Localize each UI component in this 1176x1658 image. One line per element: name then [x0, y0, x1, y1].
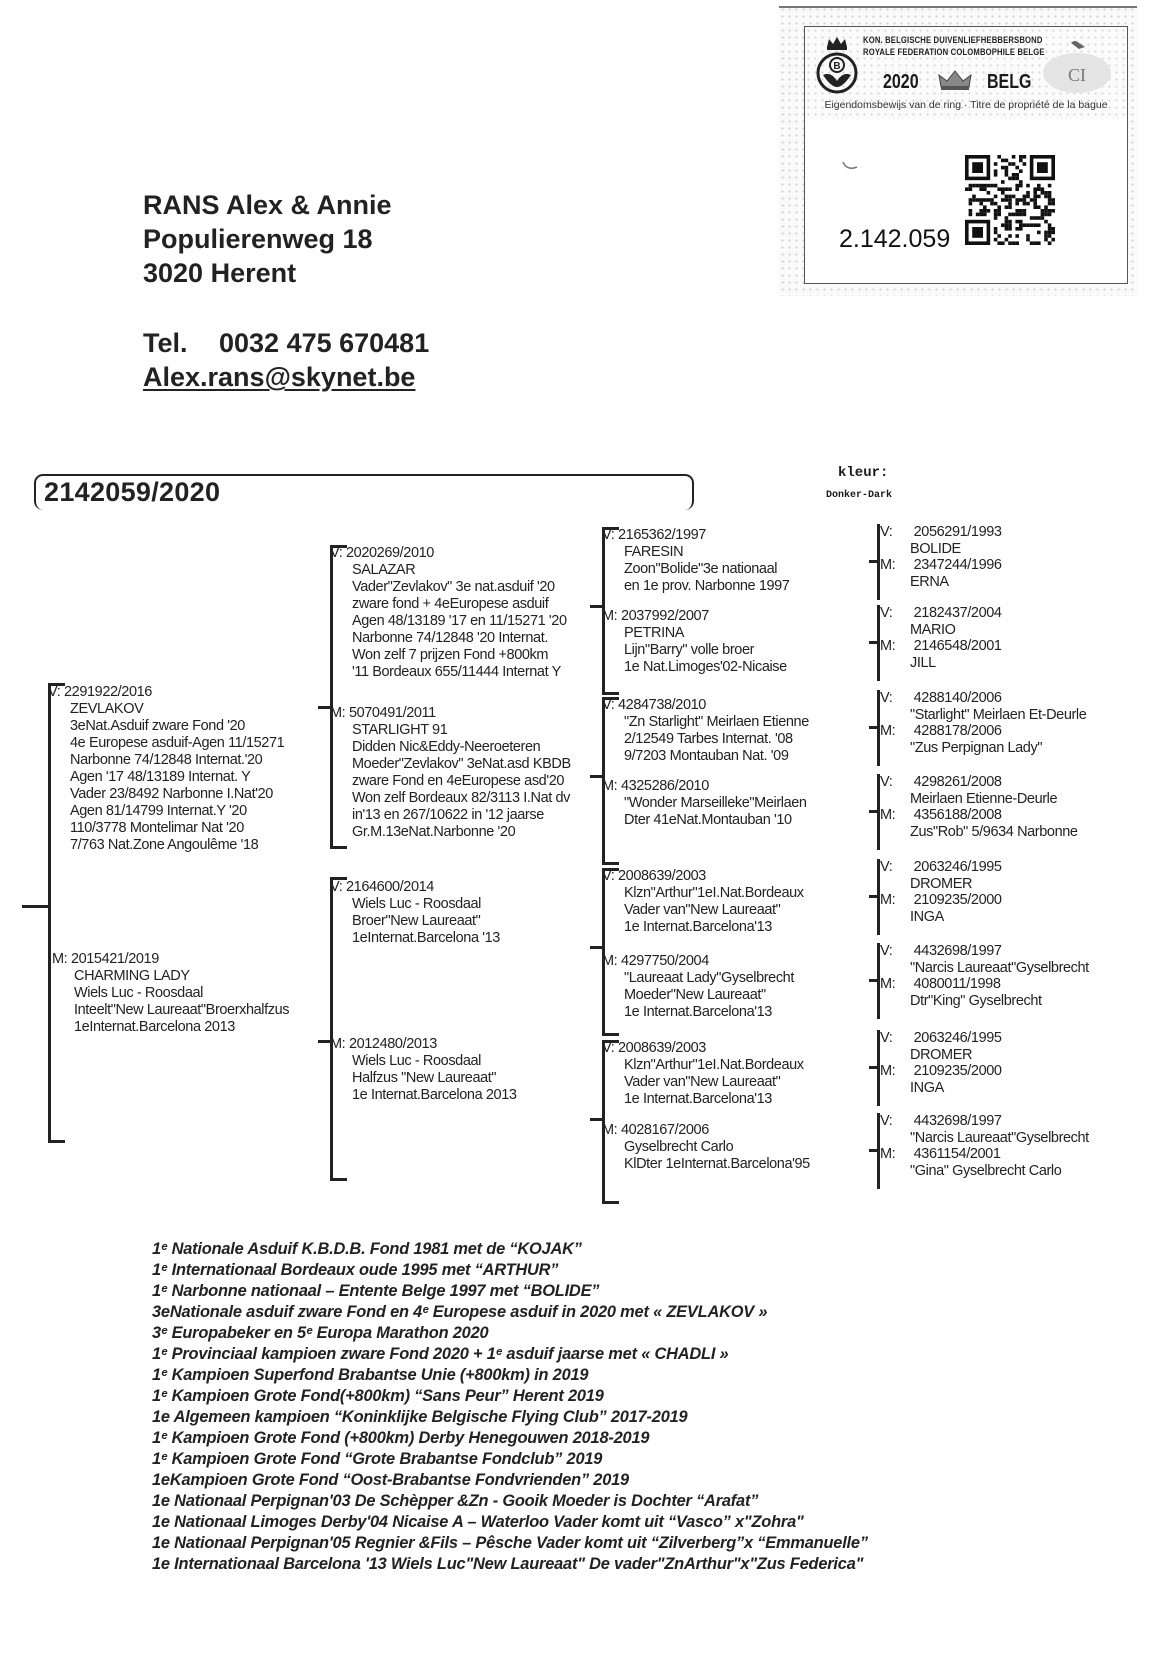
gen4-sire-entry: V: 2182437/2004MARIO [880, 605, 1002, 639]
ring-number: 2063246/1995 [910, 1030, 1002, 1046]
svg-text:B: B [833, 61, 840, 72]
achievement-item: 1ᵉ Kampioen Grote Fond(+800km) “Sans Peu… [152, 1386, 868, 1407]
gen3-dam-entry: M: 2037992/2007PETRINALijn"Barry" volle … [602, 608, 787, 676]
role-label: M: [52, 951, 67, 968]
role-label: V: [48, 684, 60, 701]
achievements-list: 1ᵉ Nationale Asduif K.B.D.B. Fond 1981 m… [152, 1239, 868, 1575]
tick-gen4 [869, 1066, 879, 1069]
gen4-dam-entry: M: 2109235/2000INGA [880, 892, 1002, 926]
entry-line: "Gina" Gyselbrecht Carlo [880, 1163, 1061, 1180]
certificate-country: BELG [987, 71, 1031, 94]
svg-text:CI: CI [1068, 65, 1086, 85]
role-label: M: [330, 705, 345, 722]
qr-code [965, 155, 1055, 245]
tick-gen3 [590, 1118, 604, 1121]
ring-number: 4288140/2006 [910, 690, 1002, 706]
ring-number: 2037992/2007 [617, 608, 709, 624]
entry-line: 1e Internat.Barcelona'13 [602, 1004, 794, 1021]
achievement-item: 1ᵉ Kampioen Grote Fond “Grote Brabantse … [152, 1449, 868, 1470]
entry-line: Broer"New Laureaat" [330, 913, 500, 930]
role-label: M: [880, 976, 910, 993]
tick-gen4 [869, 979, 879, 982]
achievement-item: 1ᵉ Nationale Asduif K.B.D.B. Fond 1981 m… [152, 1239, 868, 1260]
entry-line: zware Fond en 4eEuropese asd'20 [330, 773, 571, 790]
entry-line: Wiels Luc - Roosdaal [330, 1053, 517, 1070]
entry-line: Klzn"Arthur"1eI.Nat.Bordeaux [602, 885, 804, 902]
achievement-item: 1ᵉ Narbonne nationaal – Entente Belge 19… [152, 1281, 868, 1302]
crown-icon [937, 69, 973, 91]
entry-line: Vader 23/8492 Narbonne I.Nat'20 [48, 786, 284, 803]
entry-line: 1e Internat.Barcelona'13 [602, 919, 804, 936]
tel-number: 0032 475 670481 [219, 328, 429, 358]
entry-line: MARIO [880, 622, 1002, 639]
entry-line: "Wonder Marseilleke"Meirlaen [602, 795, 807, 812]
ring-number: 2182437/2004 [910, 605, 1002, 621]
org-name-fr: ROYALE FEDERATION COLOMBOPHILE BELGE [863, 47, 1033, 57]
entry-line: Wiels Luc - Roosdaal [330, 896, 500, 913]
role-label: V: [880, 605, 910, 622]
entry-line: "Laureaat Lady"Gyselbrecht [602, 970, 794, 987]
entry-line: Didden Nic&Eddy-Neeroeteren [330, 739, 571, 756]
entry-line: Won zelf Bordeaux 82/3113 I.Nat dv [330, 790, 571, 807]
entry-line: Dtr"King" Gyselbrecht [880, 993, 1042, 1010]
ring-number: 4356188/2008 [910, 807, 1002, 823]
entry-line: 1eInternat.Barcelona 2013 [52, 1019, 289, 1036]
ring-number: 2015421/2019 [67, 951, 159, 967]
color-value: Donker-Dark [826, 490, 892, 501]
gen4-dam-entry: M: 2109235/2000INGA [880, 1063, 1002, 1097]
entry-line: Moeder"Zevlakov" 3eNat.asd KBDB [330, 756, 571, 773]
gen4-dam-entry: M: 4080011/1998Dtr"King" Gyselbrecht [880, 976, 1042, 1010]
entry-line: BOLIDE [880, 541, 1002, 558]
certificate-year: 2020 [883, 71, 919, 94]
tick-gen4 [869, 726, 879, 729]
role-label: V: [602, 527, 614, 544]
entry-line: INGA [880, 1080, 1002, 1097]
role-label: V: [880, 1113, 910, 1130]
gen4-dam-entry: M: 4356188/2008Zus"Rob" 5/9634 Narbonne [880, 807, 1078, 841]
role-label: M: [880, 638, 910, 655]
entry-line: Gr.M.13eNat.Narbonne '20 [330, 824, 571, 841]
tick-gen3 [590, 946, 604, 949]
entry-line: Halfzus "New Laureaat" [330, 1070, 517, 1087]
certificate-ring-number: 2.142.059 [839, 225, 950, 254]
entry-line: PETRINA [602, 625, 787, 642]
entry-line: 110/3778 Montelimar Nat '20 [48, 820, 284, 837]
owner-address: RANS Alex & Annie Populierenweg 18 3020 … [143, 188, 392, 290]
entry-line: "Zus Perpignan Lady" [880, 740, 1042, 757]
entry-line: Meirlaen Etienne-Deurle [880, 791, 1057, 808]
gen4-dam-entry: M: 4288178/2006"Zus Perpignan Lady" [880, 723, 1042, 757]
owner-street: Populierenweg 18 [143, 222, 392, 256]
achievement-item: 1e Algemeen kampioen “Koninklijke Belgis… [152, 1407, 868, 1428]
ring-number: 2146548/2001 [910, 638, 1002, 654]
role-label: V: [330, 879, 342, 896]
entry-line: Narbonne 74/12848 Internat.'20 [48, 752, 284, 769]
entry-line: Zoon"Bolide"3e nationaal [602, 561, 789, 578]
entry-line: Wiels Luc - Roosdaal [52, 985, 289, 1002]
owner-contact: Tel.0032 475 670481 Alex.rans@skynet.be [143, 326, 429, 394]
entry-line: en 1e prov. Narbonne 1997 [602, 578, 789, 595]
entry-line: 9/7203 Montauban Nat. '09 [602, 748, 809, 765]
entry-line: 1e Internat.Barcelona 2013 [330, 1087, 517, 1104]
sire-sire-entry: V: 2020269/2010SALAZARVader"Zevlakov" 3e… [330, 545, 567, 681]
fci-logo: CI [1041, 37, 1113, 97]
entry-line: 2/12549 Tarbes Internat. '08 [602, 731, 809, 748]
certificate-header: B KON. BELGISCHE DUIVENLIEFHEBBERSBOND R… [805, 27, 1127, 119]
role-label: V: [880, 690, 910, 707]
org-name-nl: KON. BELGISCHE DUIVENLIEFHEBBERSBOND [863, 35, 1033, 45]
entry-line: Vader van"New Laureaat" [602, 1074, 804, 1091]
gen4-dam-entry: M: 2347244/1996ERNA [880, 557, 1002, 591]
role-label: M: [880, 723, 910, 740]
gen4-sire-entry: V: 2063246/1995DROMER [880, 1030, 1002, 1064]
entry-line: ERNA [880, 574, 1002, 591]
entry-line: Klzn"Arthur"1eI.Nat.Bordeaux [602, 1057, 804, 1074]
gen3-sire-entry: V: 2008639/2003Klzn"Arthur"1eI.Nat.Borde… [602, 1040, 804, 1108]
entry-line: Gyselbrecht Carlo [602, 1139, 810, 1156]
sire-entry: V: 2291922/2016ZEVLAKOV3eNat.Asduif zwar… [48, 684, 284, 854]
entry-line: STARLIGHT 91 [330, 722, 571, 739]
entry-line: JILL [880, 655, 1002, 672]
role-label: M: [602, 608, 617, 625]
achievement-item: 1ᵉ Provinciaal kampioen zware Fond 2020 … [152, 1344, 868, 1365]
ring-number: 2008639/2003 [614, 1040, 706, 1056]
role-label: M: [880, 807, 910, 824]
role-label: M: [602, 953, 617, 970]
entry-line: Vader"Zevlakov" 3e nat.asduif '20 [330, 579, 567, 596]
gen4-dam-entry: M: 2146548/2001JILL [880, 638, 1002, 672]
dam-entry: M: 2015421/2019CHARMING LADYWiels Luc - … [52, 951, 289, 1036]
owner-city: 3020 Herent [143, 256, 392, 290]
gen3-dam-entry: M: 4297750/2004"Laureaat Lady"Gyselbrech… [602, 953, 794, 1021]
ring-number: 2165362/1997 [614, 527, 706, 543]
achievement-item: 1e Nationaal Perpignan'05 Regnier &Fils … [152, 1533, 868, 1554]
kbdb-logo: B [815, 35, 859, 95]
ring-number: 4361154/2001 [910, 1146, 1001, 1162]
gen4-sire-entry: V: 4288140/2006"Starlight" Meirlaen Et-D… [880, 690, 1086, 724]
gen4-dam-entry: M: 4361154/2001"Gina" Gyselbrecht Carlo [880, 1146, 1061, 1180]
achievement-item: 1eKampioen Grote Fond “Oost-Brabantse Fo… [152, 1470, 868, 1491]
ring-number: 2020269/2010 [342, 545, 434, 561]
achievement-item: 3ᵉ Europabeker en 5ᵉ Europa Marathon 202… [152, 1323, 868, 1344]
entry-line: Lijn"Barry" volle broer [602, 642, 787, 659]
entry-line: "Starlight" Meirlaen Et-Deurle [880, 707, 1086, 724]
entry-line: INGA [880, 909, 1002, 926]
entry-line: 3eNat.Asduif zware Fond '20 [48, 718, 284, 735]
entry-line: Zus"Rob" 5/9634 Narbonne [880, 824, 1078, 841]
entry-line: '11 Bordeaux 655/11444 Internat Y [330, 664, 567, 681]
ring-number: 2164600/2014 [342, 879, 434, 895]
entry-line: FARESIN [602, 544, 789, 561]
role-label: M: [880, 1063, 910, 1080]
achievement-item: 1e Internationaal Barcelona '13 Wiels Lu… [152, 1554, 868, 1575]
role-label: V: [880, 859, 910, 876]
ring-number: 2012480/2013 [345, 1036, 437, 1052]
entry-line: Inteelt"New Laureaat"Broerxhalfzus [52, 1002, 289, 1019]
ring-number: 4297750/2004 [617, 953, 709, 969]
entry-line: CHARMING LADY [52, 968, 289, 985]
ring-number: 4432698/1997 [910, 943, 1002, 959]
tick-gen4 [869, 560, 879, 563]
entry-line: "Zn Starlight" Meirlaen Etienne [602, 714, 809, 731]
ring-number: 4325286/2010 [617, 778, 709, 794]
role-label: M: [880, 1146, 910, 1163]
ring-number: 2008639/2003 [614, 868, 706, 884]
role-label: V: [880, 943, 910, 960]
gen4-sire-entry: V: 4432698/1997"Narcis Laureaat"Gyselbre… [880, 1113, 1089, 1147]
dam-dam-entry: M: 2012480/2013Wiels Luc - RoosdaalHalfz… [330, 1036, 517, 1104]
gen3-sire-entry: V: 2165362/1997FARESINZoon"Bolide"3e nat… [602, 527, 789, 595]
tick-gen4 [869, 810, 879, 813]
entry-line: zware fond + 4eEuropese asduif [330, 596, 567, 613]
entry-line: "Narcis Laureaat"Gyselbrecht [880, 960, 1089, 977]
gen3-sire-entry: V: 4284738/2010"Zn Starlight" Meirlaen E… [602, 697, 809, 765]
tick-gen4 [869, 641, 879, 644]
dam-sire-entry: V: 2164600/2014Wiels Luc - RoosdaalBroer… [330, 879, 500, 947]
certificate-subtitle: Eigendomsbewijs van de ring · Titre de p… [805, 99, 1127, 111]
gen3-dam-entry: M: 4325286/2010"Wonder Marseilleke"Meirl… [602, 778, 807, 829]
entry-line: Agen 48/13189 '17 en 11/15271 '20 [330, 613, 567, 630]
ring-number: 4432698/1997 [910, 1113, 1002, 1129]
ring-number: 5070491/2011 [345, 705, 436, 721]
role-label: M: [880, 892, 910, 909]
ring-number: 4028167/2006 [617, 1122, 709, 1138]
sire-dam-entry: M: 5070491/2011STARLIGHT 91Didden Nic&Ed… [330, 705, 571, 841]
achievement-item: 1e Nationaal Perpignan'03 De Schèpper &Z… [152, 1491, 868, 1512]
achievement-item: 1ᵉ Internationaal Bordeaux oude 1995 met… [152, 1260, 868, 1281]
ring-number: 2347244/1996 [910, 557, 1002, 573]
ring-number: 2056291/1993 [910, 524, 1002, 540]
entry-line: KlDter 1eInternat.Barcelona'95 [602, 1156, 810, 1173]
entry-line: DROMER [880, 1047, 1002, 1064]
achievement-item: 3eNationale asduif zware Fond en 4ᵉ Euro… [152, 1302, 868, 1323]
entry-line: 4e Europese asduif-Agen 11/15271 [48, 735, 284, 752]
entry-line: Vader van"New Laureaat" [602, 902, 804, 919]
entry-line: Agen '17 48/13189 Internat. Y [48, 769, 284, 786]
ring-number: 2109235/2000 [910, 892, 1002, 908]
ring-number: 4288178/2006 [910, 723, 1002, 739]
gen4-sire-entry: V: 2056291/1993BOLIDE [880, 524, 1002, 558]
role-label: M: [330, 1036, 345, 1053]
entry-line: Agen 81/14799 Internat.Y '20 [48, 803, 284, 820]
entry-line: in'13 en 267/10622 in '12 jaarse [330, 807, 571, 824]
tick-gen4 [869, 895, 879, 898]
tick-gen1 [22, 905, 48, 908]
role-label: V: [602, 868, 614, 885]
entry-line: SALAZAR [330, 562, 567, 579]
ring-number: 4298261/2008 [910, 774, 1002, 790]
role-label: V: [880, 524, 910, 541]
achievement-item: 1e Nationaal Limoges Derby'04 Nicaise A … [152, 1512, 868, 1533]
entry-line: Won zelf 7 prijzen Fond +800km [330, 647, 567, 664]
punch-mark [841, 159, 861, 173]
ring-number: 2063246/1995 [910, 859, 1002, 875]
entry-line: 7/763 Nat.Zone Angoulême '18 [48, 837, 284, 854]
gen4-sire-entry: V: 2063246/1995DROMER [880, 859, 1002, 893]
ring-number: 2109235/2000 [910, 1063, 1002, 1079]
entry-line: 1e Internat.Barcelona'13 [602, 1091, 804, 1108]
gen4-sire-entry: V: 4298261/2008Meirlaen Etienne-Deurle [880, 774, 1057, 808]
role-label: V: [330, 545, 342, 562]
entry-line: 1e Nat.Limoges'02-Nicaise [602, 659, 787, 676]
role-label: M: [880, 557, 910, 574]
achievement-item: 1ᵉ Kampioen Grote Fond (+800km) Derby He… [152, 1428, 868, 1449]
entry-line: Dter 41eNat.Montauban '10 [602, 812, 807, 829]
ring-number: 2291922/2016 [60, 684, 152, 700]
pigeon-ring-number: 2142059/2020 [44, 477, 220, 508]
entry-line: "Narcis Laureaat"Gyselbrecht [880, 1130, 1089, 1147]
role-label: V: [880, 774, 910, 791]
entry-line: Moeder"New Laureaat" [602, 987, 794, 1004]
ring-number: 4284738/2010 [614, 697, 706, 713]
role-label: M: [602, 778, 617, 795]
role-label: V: [602, 1040, 614, 1057]
gen4-sire-entry: V: 4432698/1997"Narcis Laureaat"Gyselbre… [880, 943, 1089, 977]
role-label: V: [880, 1030, 910, 1047]
entry-line: Narbonne 74/12848 '20 Internat. [330, 630, 567, 647]
ring-certificate: B KON. BELGISCHE DUIVENLIEFHEBBERSBOND R… [804, 26, 1128, 284]
owner-name: RANS Alex & Annie [143, 188, 392, 222]
color-label: kleur: [838, 465, 888, 481]
ring-number: 4080011/1998 [910, 976, 1001, 992]
tel-label: Tel. [143, 326, 219, 360]
email-link[interactable]: Alex.rans@skynet.be [143, 362, 415, 392]
entry-line: DROMER [880, 876, 1002, 893]
gen3-sire-entry: V: 2008639/2003Klzn"Arthur"1eI.Nat.Borde… [602, 868, 804, 936]
achievement-item: 1ᵉ Kampioen Superfond Brabantse Unie (+8… [152, 1365, 868, 1386]
tick-gen4 [869, 1149, 879, 1152]
gen3-dam-entry: M: 4028167/2006Gyselbrecht CarloKlDter 1… [602, 1122, 810, 1173]
role-label: M: [602, 1122, 617, 1139]
entry-line: ZEVLAKOV [48, 701, 284, 718]
role-label: V: [602, 697, 614, 714]
entry-line: 1eInternat.Barcelona '13 [330, 930, 500, 947]
